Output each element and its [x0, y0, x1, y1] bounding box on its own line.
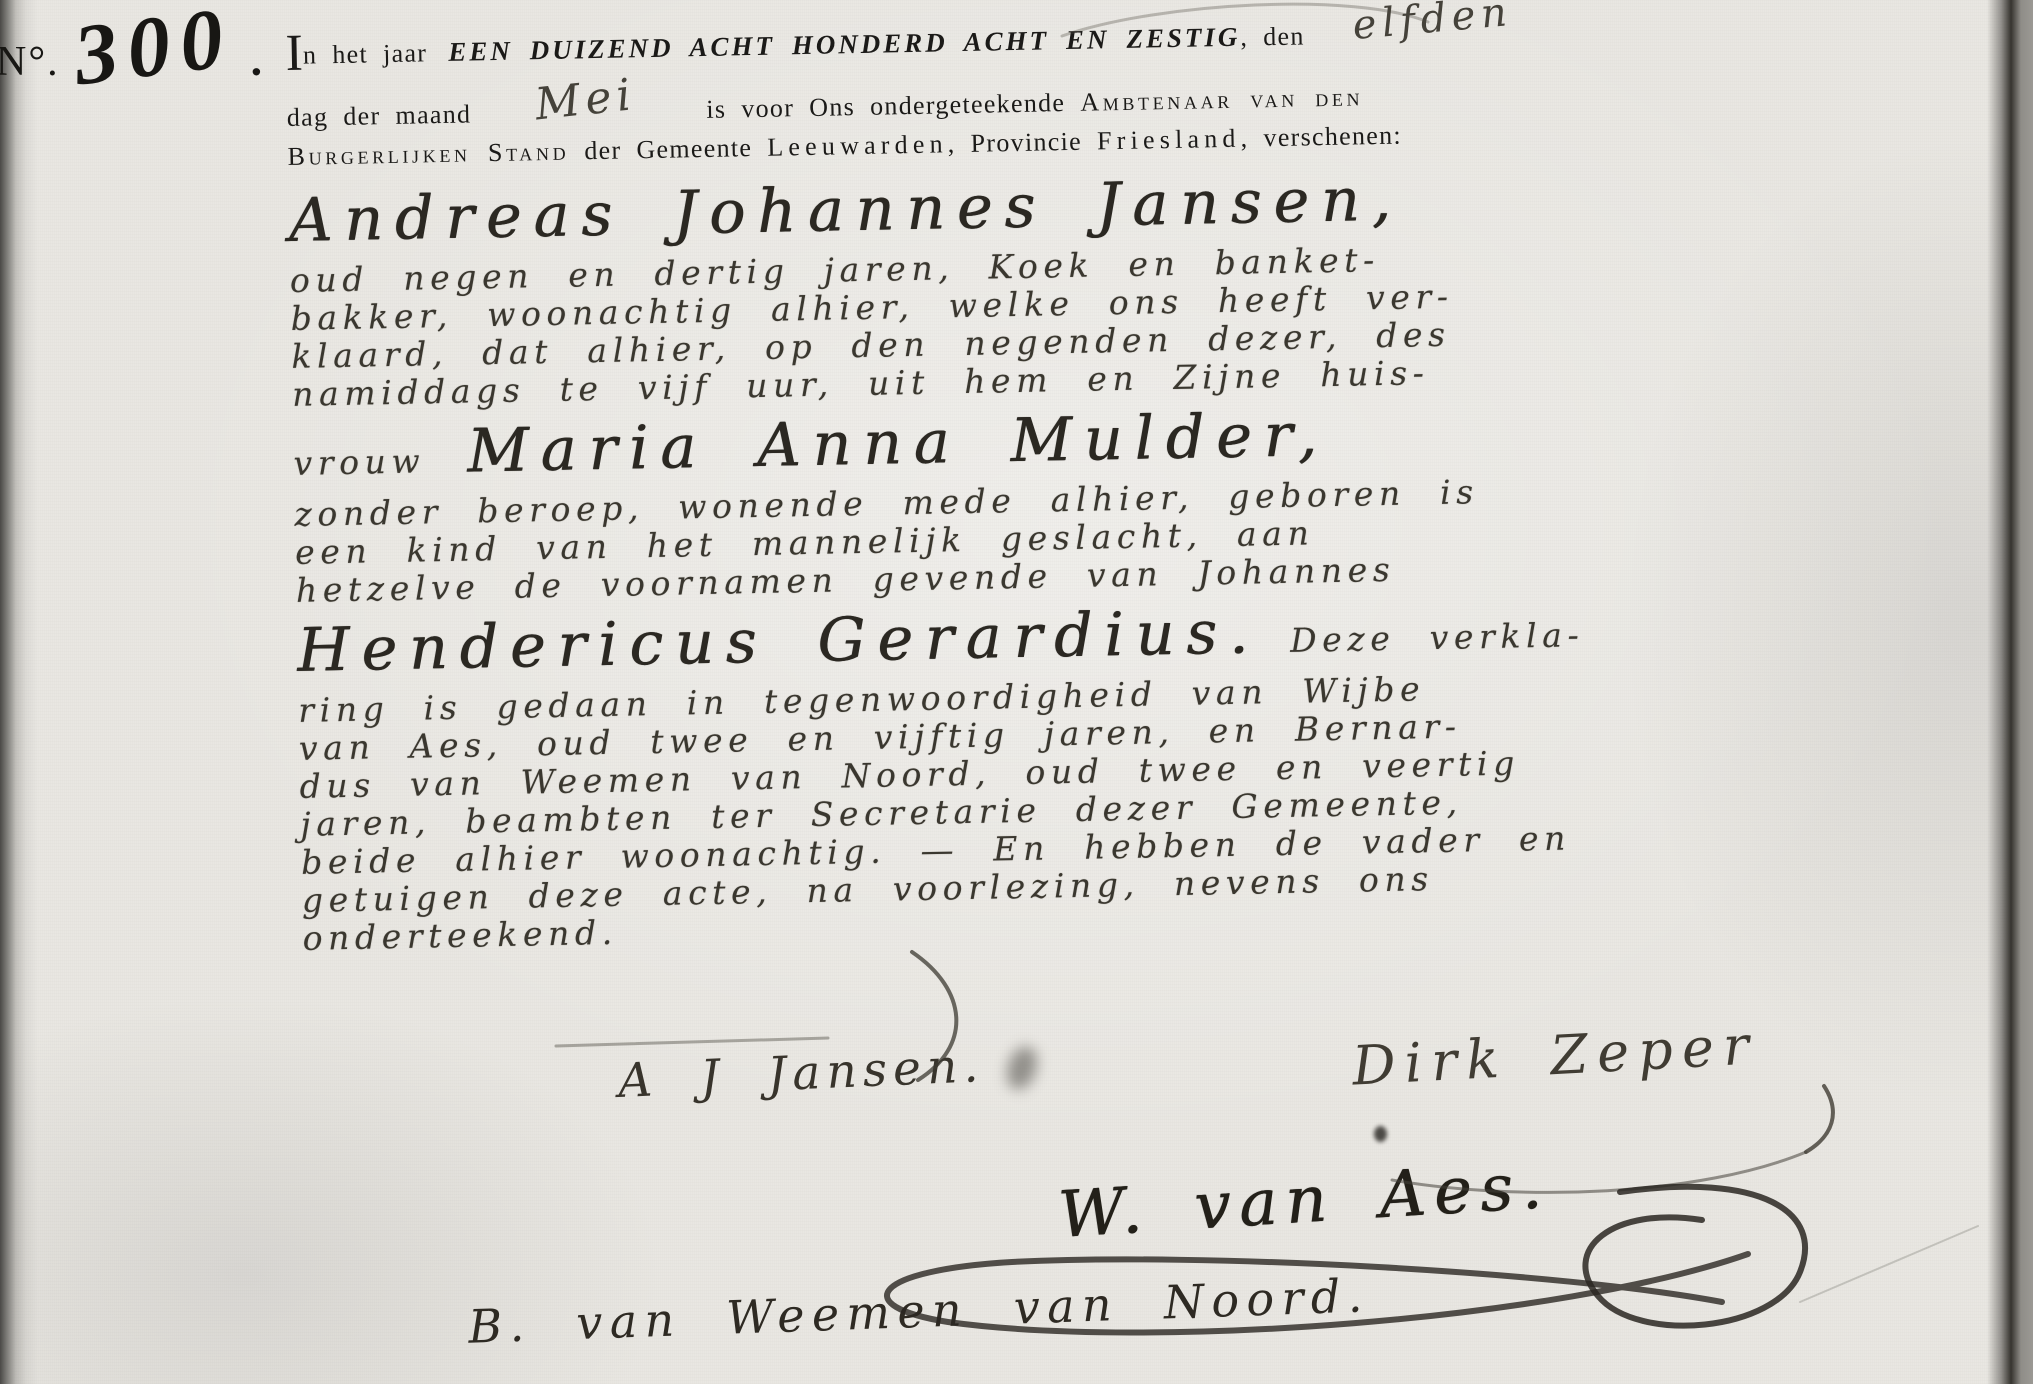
- handwritten-text: vrouw: [293, 441, 426, 483]
- printed-province: Friesland: [1097, 124, 1241, 156]
- handwritten-text: onderteekend.: [302, 913, 618, 958]
- printed-text: is voor Ons ondergeteekende: [706, 88, 1065, 124]
- page-edge-right: [1987, 0, 2033, 1384]
- drop-cap: I: [285, 25, 303, 82]
- act-number-value: 300: [69, 0, 237, 95]
- handwritten-text: Deze verkla-: [1290, 615, 1585, 660]
- act-number: N°.300.: [0, 6, 262, 86]
- record-text-block: In het jaar EEN DUIZEND ACHT HONDERD ACH…: [285, 0, 1634, 1022]
- handwritten-month: Mei: [532, 69, 638, 130]
- birth-record-scan: N°.300. In het jaar EEN DUIZEND ACHT HON…: [0, 0, 2033, 1384]
- printed-text: , verschenen:: [1240, 121, 1402, 153]
- printed-year-phrase: EEN DUIZEND ACHT HONDERD ACHT EN ZESTIG: [448, 22, 1241, 67]
- printed-registry-name: Burgerlijken Stand: [287, 137, 569, 171]
- printed-text: der Gemeente: [584, 133, 752, 165]
- binding-shadow-left: [0, 0, 38, 1384]
- handwritten-text: Maria Anna Mulder,: [466, 400, 1329, 487]
- printed-text: , den: [1240, 21, 1305, 51]
- printed-text: , Provincie: [947, 127, 1082, 159]
- act-number-period: .: [251, 34, 263, 85]
- ink-dot: [1374, 1126, 1387, 1142]
- handwritten-body: Andreas Johannes Jansen,oud negen en der…: [288, 154, 1633, 957]
- printed-text: n het jaar: [303, 38, 428, 69]
- printed-city: Leeuwarden: [767, 129, 948, 161]
- printed-text: dag der maand: [287, 99, 472, 132]
- printed-official-title: Ambtenaar van den: [1080, 82, 1363, 116]
- act-number-prefix: N°.: [0, 39, 60, 85]
- handwritten-day: elfden: [1351, 0, 1514, 49]
- handwritten-text: Hendericus Gerardius.: [296, 597, 1260, 685]
